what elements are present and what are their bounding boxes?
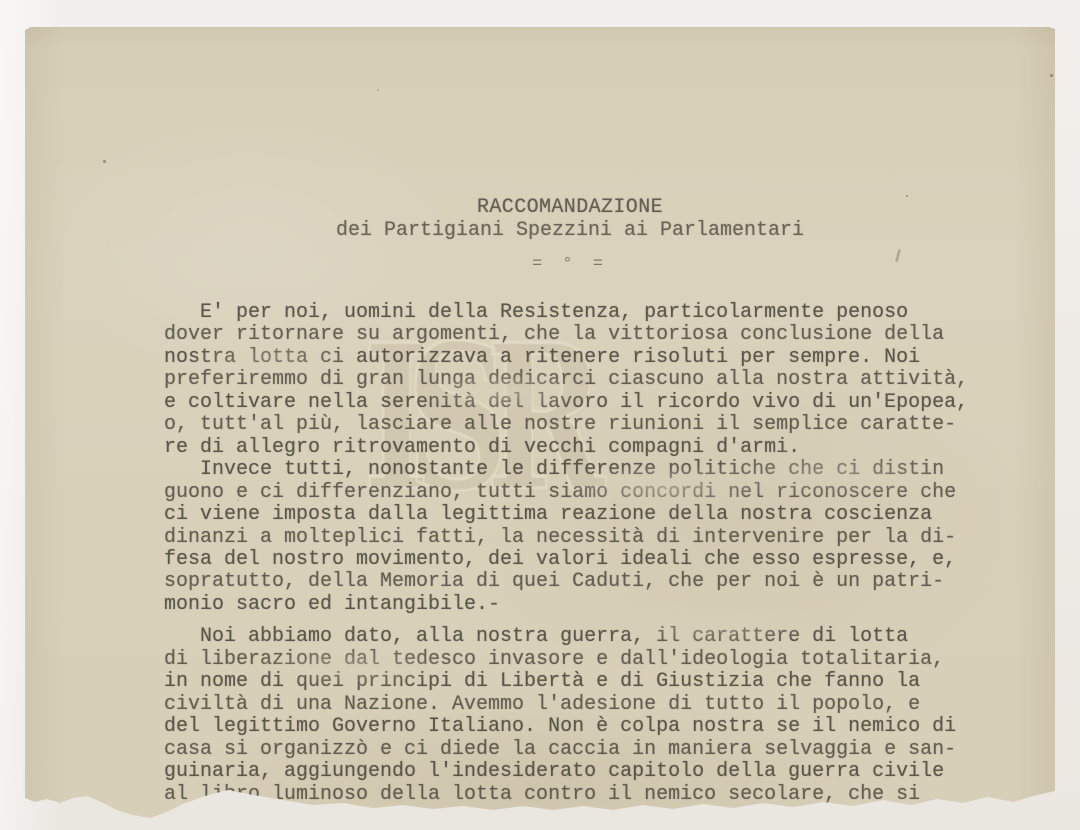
text-line: o, tutt'al più, lasciare alle nostre riu… [164, 414, 1055, 436]
paragraph: E' per noi, uomini della Resistenza, par… [164, 302, 1055, 459]
text-line: ci viene imposta dalla legittima reazion… [164, 504, 1055, 526]
document-body: E' per noi, uomini della Resistenza, par… [164, 302, 1055, 806]
text-line: Noi abbiamo dato, alla nostra guerra, il… [164, 626, 1055, 648]
text-line: guinaria, aggiungendo l'indesiderato cap… [164, 761, 1055, 783]
text-line: in nome di quei principi di Libertà e di… [164, 671, 1055, 693]
text-line: Invece tutti, nonostante le differenze p… [164, 459, 1055, 481]
text-line: del legittimo Governo Italiano. Non è co… [164, 716, 1055, 738]
document-title: RACCOMANDAZIONE [55, 196, 1080, 219]
paragraph: Invece tutti, nonostante le differenze p… [164, 459, 1055, 616]
text-line: al libro luminoso della lotta contro il … [164, 784, 1055, 806]
text-line: E' per noi, uomini della Resistenza, par… [164, 302, 1055, 324]
text-line: dover ritornare su argomenti, che la vit… [164, 324, 1055, 346]
text-line: re di allegro ritrovamento di vecchi com… [164, 437, 1055, 459]
section-separator: = ° = [55, 254, 1080, 276]
text-line: e coltivare nella serenità del lavoro il… [164, 392, 1055, 414]
text-line: sopratutto, della Memoria di quei Caduti… [164, 571, 1055, 593]
text-line: nostra lotta ci autorizzava a ritenere r… [164, 347, 1055, 369]
scanner-background: { "colors": { "background": "#efece7", "… [0, 0, 1080, 830]
text-line: civiltà di una Nazione. Avemmo l'adesion… [164, 694, 1055, 716]
text-line: preferiremmo di gran lunga dedicarci cia… [164, 369, 1055, 391]
text-line: di liberazione dal tedesco invasore e da… [164, 649, 1055, 671]
text-line: guono e ci differenziano, tutti siamo co… [164, 482, 1055, 504]
text-line: monio sacro ed intangibile.- [164, 594, 1055, 616]
text-line: dinanzi a molteplici fatti, la necessità… [164, 527, 1055, 549]
text-line: casa si organizzò e ci diede la caccia i… [164, 739, 1055, 761]
paragraph: Noi abbiamo dato, alla nostra guerra, il… [164, 626, 1055, 806]
document-page: ISR RACCOMANDAZIONE dei Partigiani Spezz… [25, 27, 1055, 819]
document-subtitle: dei Partigiani Spezzini ai Parlamentari [55, 219, 1080, 242]
text-line: fesa del nostro movimento, dei valori id… [164, 549, 1055, 571]
document-heading: RACCOMANDAZIONE dei Partigiani Spezzini … [55, 27, 1080, 276]
